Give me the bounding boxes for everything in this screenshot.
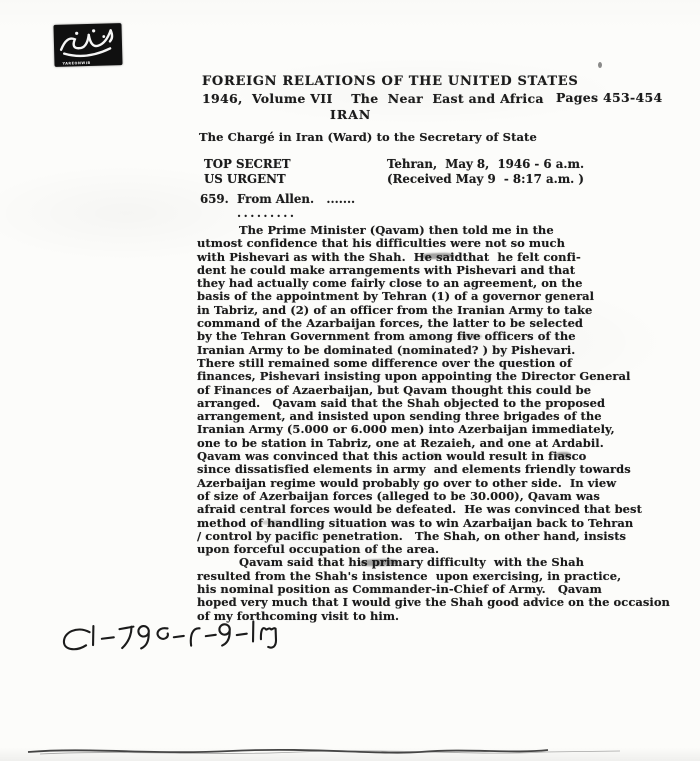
handwriting-strokes-icon — [55, 614, 306, 667]
body-line: Iranian Army to be dominated (nominated?… — [197, 344, 675, 357]
body-line: command of the Azarbaijan forces, the la… — [197, 317, 675, 330]
handwritten-note — [55, 614, 307, 671]
body-line: finances, Pishevari insisting upon appoi… — [197, 370, 675, 383]
body-line: his nominal position as Commander-in-Chi… — [197, 583, 675, 596]
dateline-received: (Received May 9 - 8:17 a.m. ) — [387, 172, 584, 187]
body-line: There still remained some difference ove… — [197, 357, 675, 370]
body-line: of size of Azerbaijan forces (alleged to… — [197, 490, 675, 503]
body-line: they had actually come fairly close to a… — [197, 277, 675, 290]
body-line: upon forceful occupation of the area. — [197, 543, 675, 556]
body-line: one to be station in Tabriz, one at Reza… — [197, 437, 675, 450]
body-line: resulted from the Shah's insistence upon… — [197, 570, 675, 583]
country-heading: IRAN — [330, 107, 371, 122]
page-range: Pages 453-454 — [556, 90, 663, 105]
ink-smudge — [458, 334, 482, 339]
body-line: / control by pacific penetration. The Sh… — [197, 530, 675, 543]
body-line: basis of the appointment by Tehran (1) o… — [197, 290, 675, 303]
ink-smudge — [262, 520, 284, 525]
scan-speck — [598, 62, 602, 68]
document-page: YAREONWIB FOREIGN RELATIONS OF THE UNITE… — [0, 0, 700, 761]
message-body: The Prime Minister (Qavam) then told me … — [197, 224, 675, 623]
javan-tarikh-logo: YAREONWIB — [53, 23, 122, 67]
classification-block: TOP SECRETUS URGENT — [204, 157, 291, 186]
body-line: Qavam said that his primary difficulty w… — [197, 556, 675, 569]
classification-top-secret: TOP SECRET — [204, 157, 291, 172]
body-line: afraid central forces would be defeated.… — [197, 503, 675, 516]
message-number-line: 659. From Allen. ....... — [200, 192, 355, 206]
paragraph-2: Qavam said that his primary difficulty w… — [197, 556, 675, 622]
body-line: by the Tehran Government from among five… — [197, 330, 675, 343]
logo-caption: YAREONWIB — [62, 61, 90, 66]
body-line: arranged. Qavam said that the Shah objec… — [197, 397, 675, 410]
ink-smudge — [430, 453, 440, 458]
dateline-sent: Tehran, May 8, 1946 - 6 a.m. — [387, 157, 584, 172]
body-line: utmost confidence that his difficulties … — [197, 237, 675, 250]
body-line: Azerbaijan regime would probably go over… — [197, 477, 675, 490]
body-line: since dissatisfied elements in army and … — [197, 463, 675, 476]
body-line: of Finances of Azaerbaijan, but Qavam th… — [197, 384, 675, 397]
body-line: The Prime Minister (Qavam) then told me … — [197, 224, 675, 237]
body-line: in Tabriz, and (2) of an officer from th… — [197, 304, 675, 317]
classification-urgency: US URGENT — [204, 172, 291, 187]
dateline-block: Tehran, May 8, 1946 - 6 a.m.(Received Ma… — [387, 157, 584, 186]
paragraph-1: The Prime Minister (Qavam) then told me … — [197, 224, 675, 556]
series-title: FOREIGN RELATIONS OF THE UNITED STATES — [202, 74, 578, 89]
body-line: dent he could make arrangements with Pis… — [197, 264, 675, 277]
scan-edge-line — [0, 738, 700, 761]
ink-smudge — [556, 452, 571, 458]
volume-line: 1946, Volume VII The Near East and Afric… — [202, 91, 544, 106]
body-line: Iranian Army (5.000 or 6.000 men) into A… — [197, 423, 675, 436]
document-subject: The Chargé in Iran (Ward) to the Secreta… — [199, 130, 537, 144]
body-line: hoped very much that I would give the Sh… — [197, 596, 675, 609]
ellipsis-line: ......... — [237, 206, 296, 220]
body-line: arrangement, and insisted upon sending t… — [197, 410, 675, 423]
